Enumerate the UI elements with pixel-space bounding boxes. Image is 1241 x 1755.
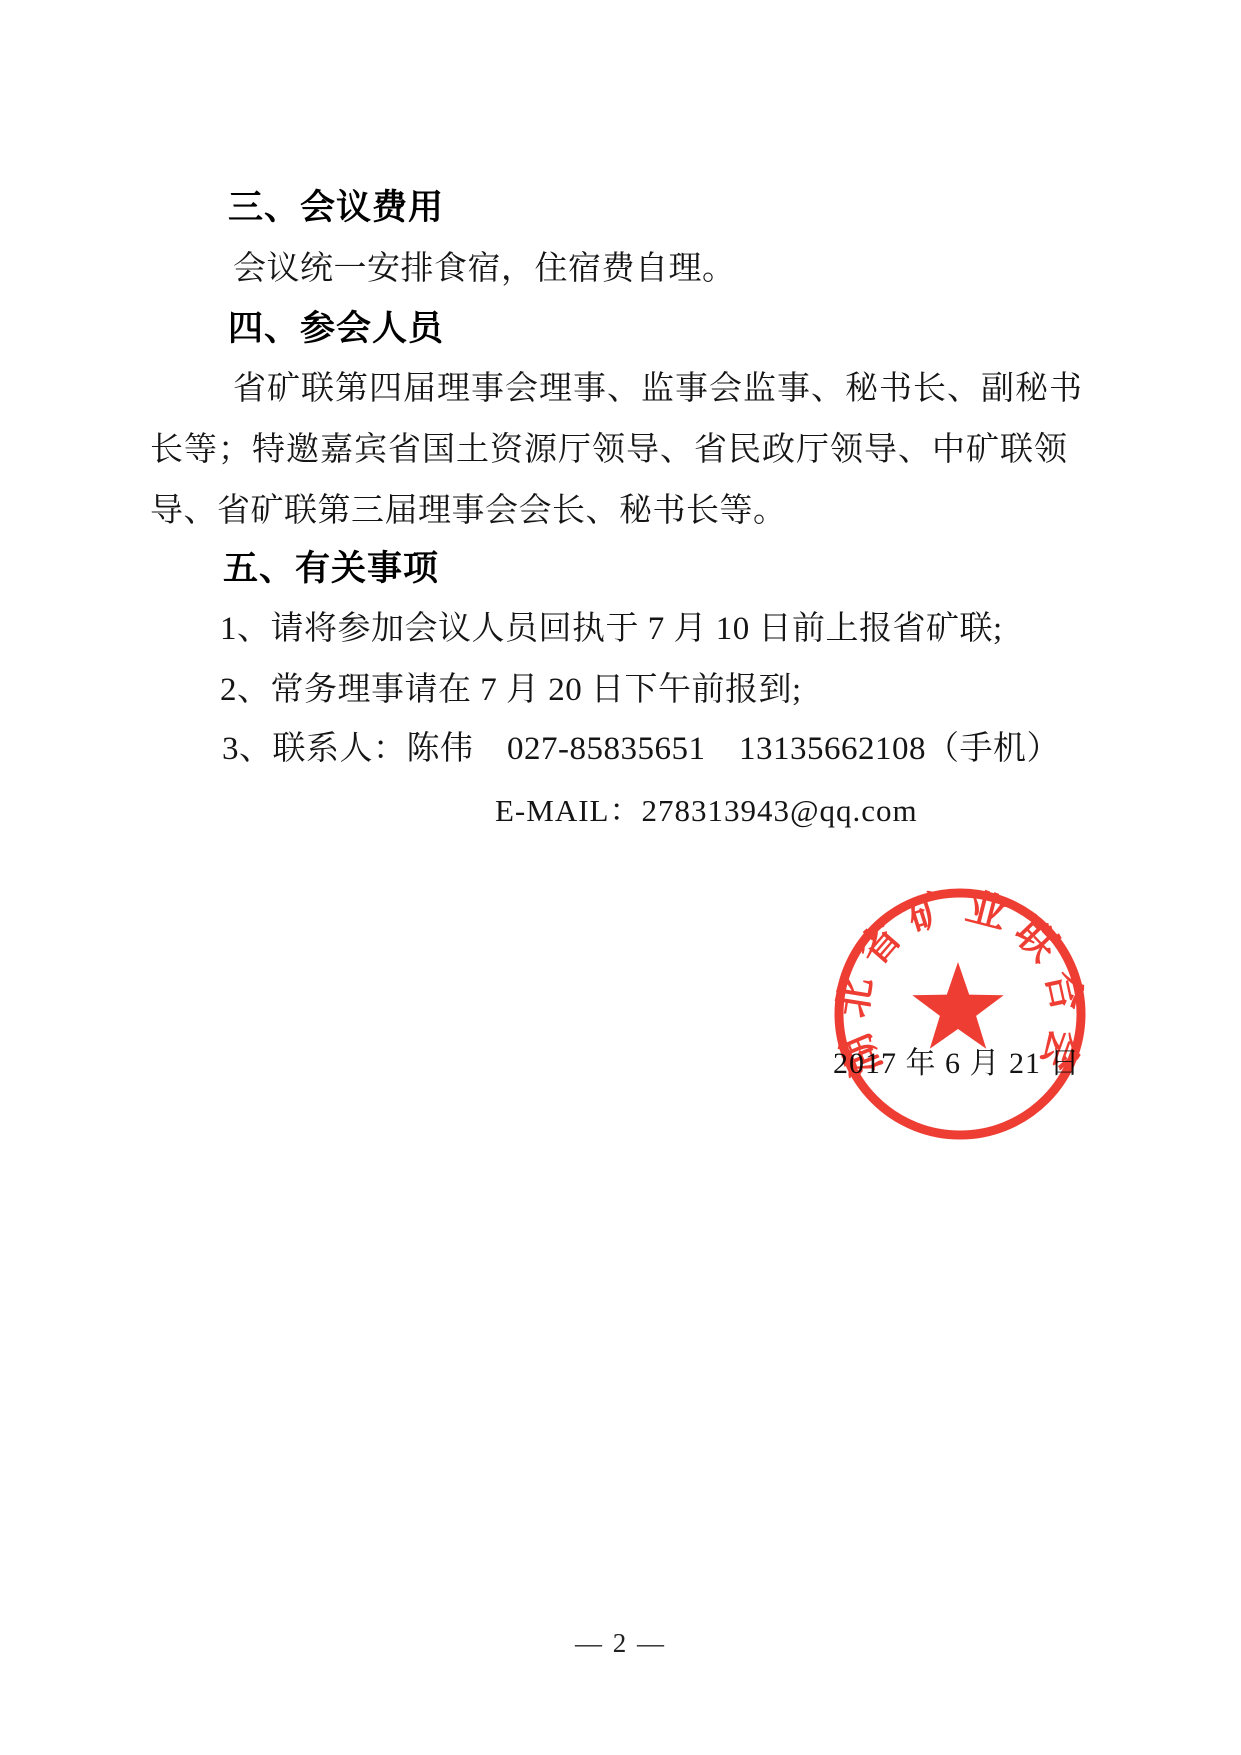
page-number: — 2 —: [0, 1628, 1241, 1659]
section3-heading: 三、会议费用: [228, 180, 444, 230]
section5-heading: 五、有关事项: [223, 541, 439, 591]
section5-email: E-MAIL：278313943@qq.com: [495, 785, 918, 830]
section4-line1: 省矿联第四届理事会理事、监事会监事、秘书长、副秘书: [233, 362, 1083, 409]
document-page: 三、会议费用 会议统一安排食宿，住宿费自理。 四、参会人员 省矿联第四届理事会理…: [0, 0, 1241, 1755]
section4-line3: 导、省矿联第三届理事会会长、秘书长等。: [150, 484, 787, 531]
official-seal: 湖北省矿业联合会: [828, 882, 1092, 1146]
section5-item1: 1、请将参加会议人员回执于 7 月 10 日前上报省矿联;: [220, 602, 1003, 649]
section4-heading: 四、参会人员: [228, 301, 444, 351]
red-star-icon: [912, 962, 1003, 1049]
section3-body: 会议统一安排食宿，住宿费自理。: [233, 242, 736, 289]
section5-item2: 2、常务理事请在 7 月 20 日下午前报到;: [220, 663, 802, 710]
section5-item3: 3、联系人：陈伟 027-85835651 13135662108（手机）: [222, 722, 1060, 769]
section4-line2: 长等；特邀嘉宾省国土资源厅领导、省民政厅领导、中矿联领: [150, 423, 1068, 470]
